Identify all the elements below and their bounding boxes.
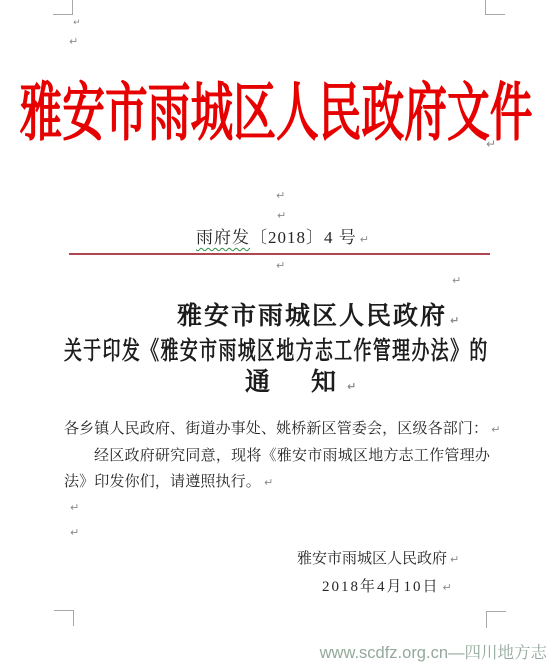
paragraph-mark: ↵	[276, 260, 285, 271]
signer-name-text: 雅安市雨城区人民政府	[297, 551, 447, 567]
letterhead: 雅安市雨城区人民政府文件	[0, 82, 553, 127]
paragraph-mark: ↵	[450, 314, 461, 327]
paragraph-mark: ↵	[486, 138, 496, 150]
paragraph-mark: ↵	[347, 380, 364, 393]
paragraph-mark: ↵	[276, 190, 285, 201]
paragraph-mark: ↵	[70, 527, 79, 538]
letterhead-agency-title: 雅安市雨城区人民政府文件	[20, 82, 533, 146]
notice-title-line3-text: 通 知	[245, 369, 344, 396]
notice-title-line1: 雅安市雨城区人民政府↵	[177, 296, 461, 332]
paragraph-mark: ↵	[73, 19, 81, 28]
document-page: ↵ ↵ ↵ ↵ ↵ ↵ ↵ ↵ 雅安市雨城区人民政府文件 ↵ 雨府发〔2018〕…	[0, 0, 553, 671]
paragraph-mark: ↵	[277, 210, 286, 221]
paragraph-mark: ↵	[360, 233, 370, 246]
notice-title-line1-text: 雅安市雨城区人民政府	[177, 303, 447, 330]
paragraph-mark: ↵	[70, 502, 79, 513]
issue-date-text: 2018年4月10日	[322, 579, 440, 595]
salutation-line: 各乡镇人民政府、街道办事处、姚桥新区管委会，区级各部门：↵	[64, 417, 501, 438]
document-number: 雨府发〔2018〕4 号↵	[196, 223, 370, 248]
paragraph-mark: ↵	[264, 476, 273, 489]
crop-mark-top-right	[485, 0, 505, 15]
body-paragraph: 经区政府研究同意，现将《雅安市雨城区地方志工作管理办法》印发你们，请遵照执行。↵	[64, 443, 490, 495]
red-divider-line	[69, 253, 490, 255]
salutation-text: 各乡镇人民政府、街道办事处、姚桥新区管委会，区级各部门：	[64, 421, 488, 437]
paragraph-mark: ↵	[452, 275, 461, 286]
paragraph-mark: ↵	[443, 581, 454, 594]
issue-date: 2018年4月10日↵	[322, 575, 454, 596]
document-number-serial: 〔2018〕4 号	[250, 228, 357, 247]
body-paragraph-text: 经区政府研究同意，现将《雅安市雨城区地方志工作管理办法》印发你们，请遵照执行。	[64, 448, 490, 490]
paragraph-mark: ↵	[69, 36, 78, 47]
paragraph-mark: ↵	[450, 553, 459, 566]
crop-mark-top-left	[53, 0, 73, 15]
site-watermark: www.scdfz.org.cn—四川地方志	[320, 639, 547, 663]
notice-title-line3: 通 知↵	[245, 362, 364, 398]
document-number-prefix: 雨府发	[196, 228, 250, 247]
signer-name: 雅安市雨城区人民政府↵	[297, 547, 459, 568]
crop-mark-bottom-left	[54, 610, 74, 626]
crop-mark-bottom-right	[486, 611, 506, 628]
paragraph-mark: ↵	[491, 423, 500, 436]
